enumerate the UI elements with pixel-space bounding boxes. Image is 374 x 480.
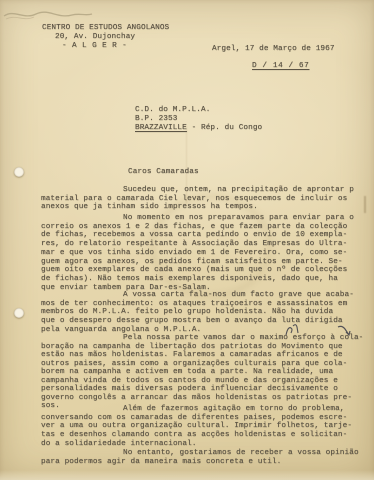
handwritten-ink-marks xyxy=(276,322,368,340)
paragraph-6: No entanto, gostariamos de receber a vos… xyxy=(41,449,365,466)
salutation: Caros Camaradas xyxy=(128,168,199,177)
punch-hole-top xyxy=(14,167,24,177)
paper-bottom-edge xyxy=(0,470,374,480)
dateline: Argel, 17 de Março de 1967 xyxy=(212,45,335,54)
recipient-line-2: B.P. 2353 xyxy=(135,115,262,124)
recipient-country: - Rép. du Congo xyxy=(187,124,262,132)
sender-block: CENTRO DE ESTUDOS ANGOLANOS 20, Av. Dujo… xyxy=(42,24,169,50)
letter-page: CENTRO DE ESTUDOS ANGOLANOS 20, Av. Dujo… xyxy=(0,0,374,480)
recipient-block: C.D. do M.P.L.A. B.P. 2353 BRAZZAVILLE -… xyxy=(135,106,262,133)
pencil-scratch-mark xyxy=(2,4,98,24)
sender-address: 20, Av. Dujonchay xyxy=(42,33,169,42)
recipient-line-3: BRAZZAVILLE - Rép. du Congo xyxy=(135,124,262,133)
paragraph-2: No momento em nos preparavamos para envi… xyxy=(41,214,365,292)
punch-hole-bottom xyxy=(14,308,24,318)
reference-number: D / 14 / 67 xyxy=(252,62,309,71)
paragraph-4: Pela nossa parte vamos dar o maximo esfo… xyxy=(41,334,365,411)
paragraph-5: Além de fazermos agitação em torno do pr… xyxy=(41,405,365,449)
sender-city: - A L G E R - xyxy=(42,42,169,51)
recipient-city: BRAZZAVILLE xyxy=(135,124,187,132)
recipient-line-1: C.D. do M.P.L.A. xyxy=(135,106,262,115)
sender-name: CENTRO DE ESTUDOS ANGOLANOS xyxy=(42,24,169,33)
paragraph-1: Sucedeu que, ontem, na precipitação de a… xyxy=(41,186,365,212)
